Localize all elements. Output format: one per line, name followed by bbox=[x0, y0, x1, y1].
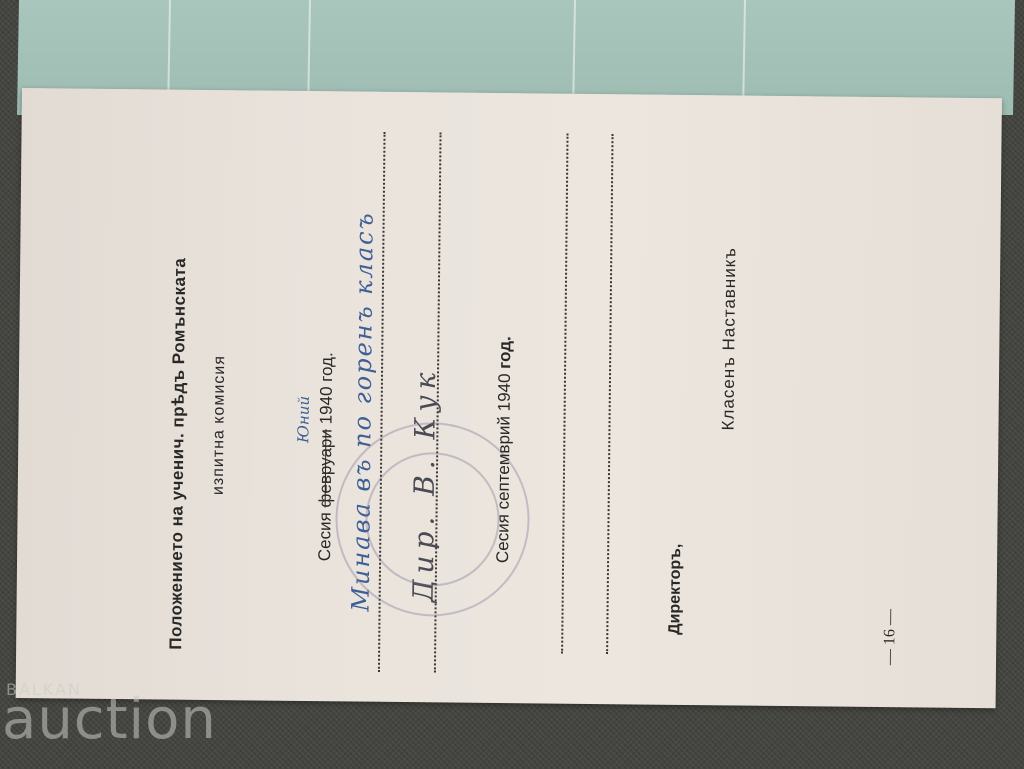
session1-handwritten-month: Юний bbox=[294, 396, 312, 443]
page-number: — 16 — bbox=[881, 609, 900, 665]
class-teacher-label: Класенъ Наставникъ bbox=[718, 247, 740, 430]
director-label: Директоръ, bbox=[666, 544, 685, 635]
heading-line-1: Положението на ученич. прѣдъ Ромънската bbox=[166, 258, 190, 650]
session1-line: Сесия февруари 1940 год. bbox=[315, 352, 337, 561]
session2-prefix: Сесия септемврий 1940 bbox=[493, 373, 514, 563]
session2-suffix: год. bbox=[495, 336, 514, 369]
session1-month-struck: февруари bbox=[316, 429, 336, 508]
dotted-line bbox=[561, 134, 568, 654]
heading-line-2: изпитна комисия bbox=[210, 355, 229, 495]
session1-year: 1940 год. bbox=[316, 352, 336, 424]
session1-prefix: Сесия bbox=[315, 512, 335, 561]
watermark-line-2: auction bbox=[2, 692, 217, 748]
dotted-line bbox=[606, 134, 613, 654]
session2-line: Сесия септемврий 1940 год. bbox=[493, 336, 515, 563]
stamp-inner-ring bbox=[365, 452, 500, 587]
document-page: Положението на ученич. прѣдъ Ромънската … bbox=[16, 88, 1002, 708]
